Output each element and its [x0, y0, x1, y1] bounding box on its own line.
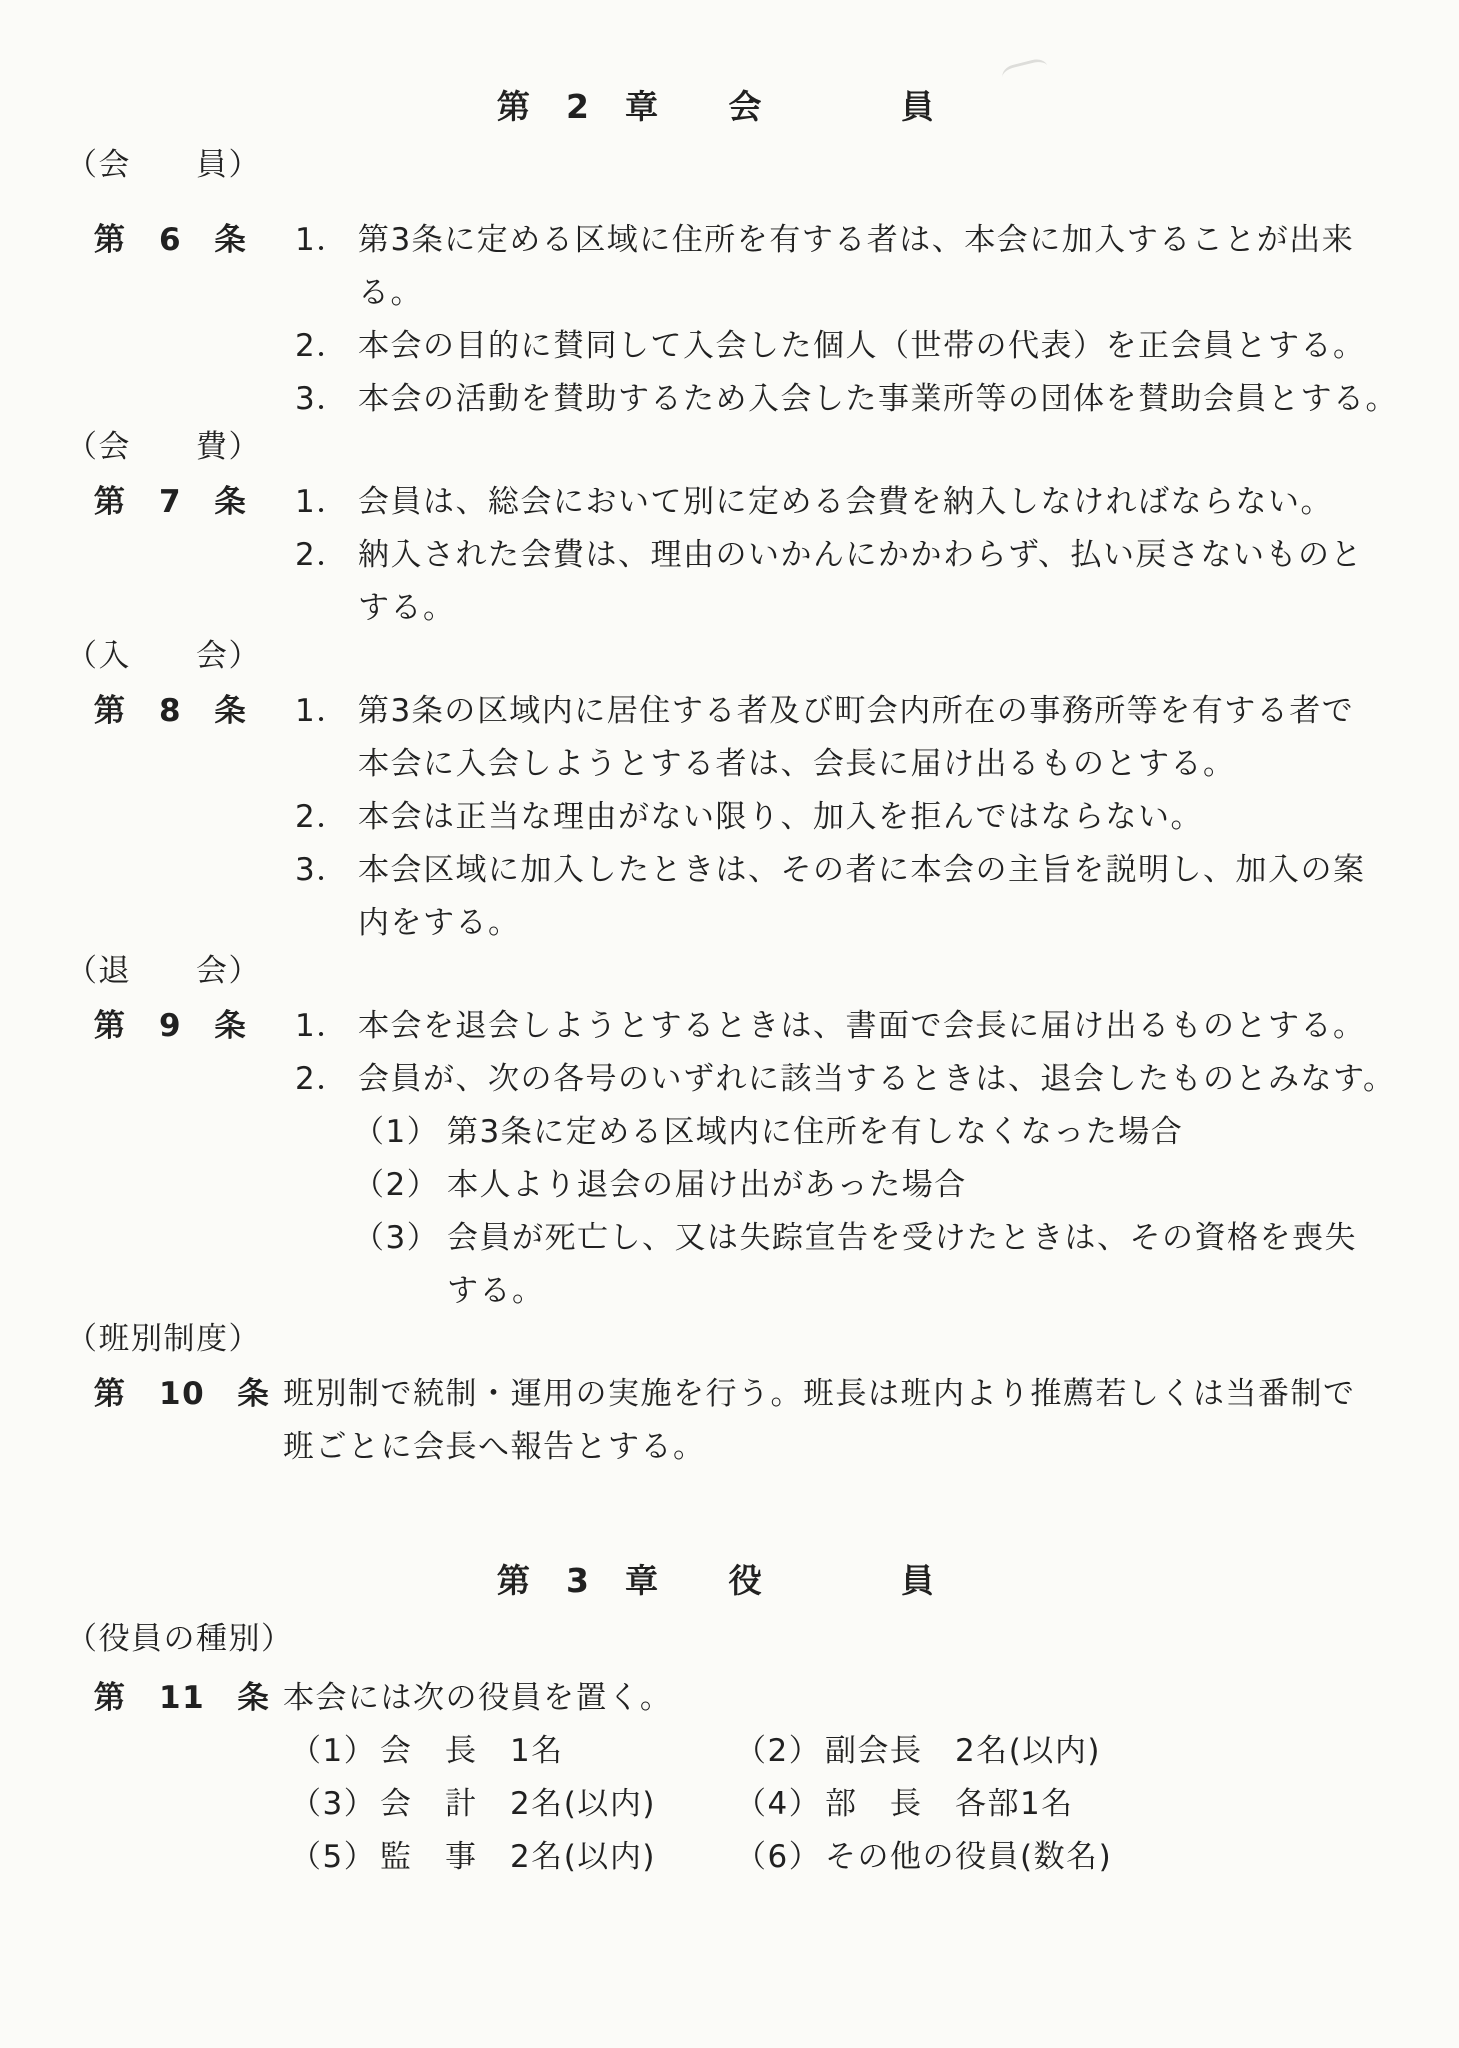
article-9-label: 第 9 条 — [94, 1000, 247, 1053]
item-number: 3． — [295, 844, 358, 950]
officer-entry-text: 副会長 2名(以内) — [825, 1725, 1101, 1778]
officer-entry-5: （5） 監 事 2名(以内) — [290, 1831, 735, 1884]
text-line: 内をする。 — [358, 897, 1459, 950]
text-line: する。 — [447, 1265, 1459, 1318]
officer-entry-1: （1） 会 長 1名 — [290, 1725, 735, 1778]
item-number: 2． — [295, 320, 358, 373]
text-line: 本会に入会しようとする者は、会長に届け出るものとする。 — [358, 738, 1459, 791]
officer-row: （3） 会 計 2名(以内) （4） 部 長 各部1名 — [290, 1778, 1459, 1831]
officer-entry-number: （1） — [290, 1725, 380, 1778]
text-line: する。 — [358, 582, 1459, 635]
item-number: 3． — [295, 373, 358, 426]
article-9: 第 9 条 1． 本会を退会しようとするときは、書面で会長に届け出るものとする。… — [0, 1000, 1459, 1318]
article-7-item-1: 1． 会員は、総会において別に定める会費を納入しなければならない。 — [295, 476, 1459, 529]
section-label-officer-types: （役員の種別） — [66, 1618, 1459, 1660]
text-line: 本会は正当な理由がない限り、加入を拒んではならない。 — [358, 791, 1459, 844]
article-6-item-3: 3． 本会の活動を賛助するため入会した事業所等の団体を賛助会員とする。 — [295, 373, 1459, 426]
item-number: 1． — [295, 214, 358, 320]
chapter-3-heading: 第 3 章 役 員 — [497, 1560, 1459, 1602]
article-7: 第 7 条 1． 会員は、総会において別に定める会費を納入しなければならない。 … — [0, 476, 1459, 635]
item-number: 2． — [295, 791, 358, 844]
article-8-item-3: 3． 本会区域に加入したときは、その者に本会の主旨を説明し、加入の案 内をする。 — [295, 844, 1459, 950]
section-label-members: （会 員） — [66, 144, 1459, 186]
item-number: 2． — [295, 1053, 358, 1106]
item-number: 1． — [295, 476, 358, 529]
item-number: 1． — [295, 685, 358, 791]
officer-entry-number: （6） — [735, 1831, 825, 1884]
scan-artifact — [1000, 57, 1049, 87]
article-8-item-1: 1． 第3条の区域内に居住する者及び町会内所在の事務所等を有する者で 本会に入会… — [295, 685, 1459, 791]
article-8: 第 8 条 1． 第3条の区域内に居住する者及び町会内所在の事務所等を有する者で… — [0, 685, 1459, 950]
text-line: る。 — [358, 267, 1459, 320]
text-line: 本会区域に加入したときは、その者に本会の主旨を説明し、加入の案 — [358, 844, 1459, 897]
article-9-subitem-3: （3） 会員が死亡し、又は失踪宣告を受けたときは、その資格を喪失 する。 — [353, 1212, 1459, 1318]
text-line: 第3条に定める区域に住所を有する者は、本会に加入することが出来 — [358, 214, 1459, 267]
text-line: 会員が死亡し、又は失踪宣告を受けたときは、その資格を喪失 — [447, 1212, 1459, 1265]
article-6-item-2: 2． 本会の目的に賛同して入会した個人（世帯の代表）を正会員とする。 — [295, 320, 1459, 373]
article-11-intro: 本会には次の役員を置く。 — [283, 1672, 1459, 1725]
officer-entry-text: 会 計 2名(以内) — [380, 1778, 656, 1831]
text-line: 本会の目的に賛同して入会した個人（世帯の代表）を正会員とする。 — [358, 320, 1459, 373]
text-line: 本人より退会の届け出があった場合 — [447, 1159, 1459, 1212]
section-label-join: （入 会） — [66, 635, 1459, 677]
officer-entry-4: （4） 部 長 各部1名 — [735, 1778, 1074, 1831]
officer-row: （5） 監 事 2名(以内) （6） その他の役員(数名) — [290, 1831, 1459, 1884]
text-line: 本会の活動を賛助するため入会した事業所等の団体を賛助会員とする。 — [358, 373, 1459, 426]
officer-entry-6: （6） その他の役員(数名) — [735, 1831, 1112, 1884]
article-6-label: 第 6 条 — [94, 214, 247, 267]
subitem-number: （3） — [353, 1212, 447, 1318]
article-11-label: 第 11 条 — [94, 1672, 270, 1725]
officer-entry-number: （3） — [290, 1778, 380, 1831]
text-line: 会員が、次の各号のいずれに該当するときは、退会したものとみなす。 — [358, 1053, 1459, 1106]
officer-entry-3: （3） 会 計 2名(以内) — [290, 1778, 735, 1831]
officer-entry-text: 部 長 各部1名 — [825, 1778, 1074, 1831]
article-6: 第 6 条 1． 第3条に定める区域に住所を有する者は、本会に加入することが出来… — [0, 214, 1459, 426]
item-number: 1． — [295, 1000, 358, 1053]
text-line: 納入された会費は、理由のいかんにかかわらず、払い戻さないものと — [358, 529, 1459, 582]
article-8-item-2: 2． 本会は正当な理由がない限り、加入を拒んではならない。 — [295, 791, 1459, 844]
text-line: 会員は、総会において別に定める会費を納入しなければならない。 — [358, 476, 1459, 529]
article-9-subitem-2: （2） 本人より退会の届け出があった場合 — [353, 1159, 1459, 1212]
text-line: 第3条の区域内に居住する者及び町会内所在の事務所等を有する者で — [358, 685, 1459, 738]
officer-row: （1） 会 長 1名 （2） 副会長 2名(以内) — [290, 1725, 1459, 1778]
officer-entry-number: （4） — [735, 1778, 825, 1831]
section-label-group-system: （班別制度） — [66, 1318, 1459, 1360]
item-number: 2． — [295, 529, 358, 635]
text-line: 本会を退会しようとするときは、書面で会長に届け出るものとする。 — [358, 1000, 1459, 1053]
chapter-2-heading: 第 2 章 会 員 — [497, 86, 1459, 128]
article-9-item-2: 2． 会員が、次の各号のいずれに該当するときは、退会したものとみなす。 — [295, 1053, 1459, 1106]
article-10: 第 10 条 班別制で統制・運用の実施を行う。班長は班内より推薦若しくは当番制で… — [0, 1368, 1459, 1474]
text-line: 班別制で統制・運用の実施を行う。班長は班内より推薦若しくは当番制で — [283, 1368, 1459, 1421]
officer-entry-2: （2） 副会長 2名(以内) — [735, 1725, 1101, 1778]
subitem-number: （1） — [353, 1106, 447, 1159]
section-label-withdraw: （退 会） — [66, 950, 1459, 992]
officer-entry-text: その他の役員(数名) — [825, 1831, 1112, 1884]
article-11: 第 11 条 本会には次の役員を置く。 （1） 会 長 1名 （2） 副会長 2… — [0, 1672, 1459, 1884]
officer-entry-number: （5） — [290, 1831, 380, 1884]
article-7-label: 第 7 条 — [94, 476, 247, 529]
section-label-fees: （会 費） — [66, 426, 1459, 468]
article-10-label: 第 10 条 — [94, 1368, 270, 1421]
scanned-bylaws-page: 第 2 章 会 員 （会 員） 第 6 条 1． 第3条に定める区域に住所を有す… — [0, 0, 1459, 2048]
officer-entry-text: 会 長 1名 — [380, 1725, 564, 1778]
officer-entry-text: 監 事 2名(以内) — [380, 1831, 656, 1884]
article-7-item-2: 2． 納入された会費は、理由のいかんにかかわらず、払い戻さないものと する。 — [295, 529, 1459, 635]
text-line: 第3条に定める区域内に住所を有しなくなった場合 — [447, 1106, 1459, 1159]
text-line: 班ごとに会長へ報告とする。 — [283, 1421, 1459, 1474]
article-6-item-1: 1． 第3条に定める区域に住所を有する者は、本会に加入することが出来 る。 — [295, 214, 1459, 320]
subitem-number: （2） — [353, 1159, 447, 1212]
officer-entry-number: （2） — [735, 1725, 825, 1778]
article-9-item-1: 1． 本会を退会しようとするときは、書面で会長に届け出るものとする。 — [295, 1000, 1459, 1053]
article-9-subitem-1: （1） 第3条に定める区域内に住所を有しなくなった場合 — [353, 1106, 1459, 1159]
article-8-label: 第 8 条 — [94, 685, 247, 738]
